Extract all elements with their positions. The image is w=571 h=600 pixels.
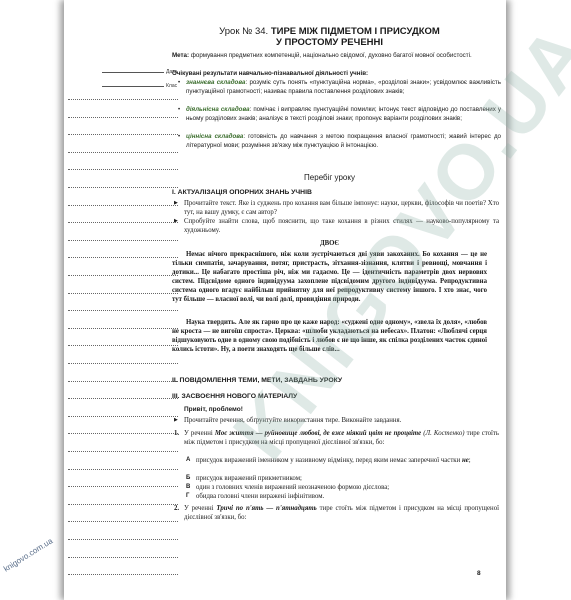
note-line[interactable]	[68, 134, 178, 135]
note-line[interactable]	[68, 328, 178, 329]
note-line[interactable]	[68, 169, 178, 170]
bullet-icon: •	[178, 106, 180, 115]
notes-margin: Дата Клас	[66, 0, 178, 600]
note-line[interactable]	[68, 187, 178, 188]
triangle-bullet-icon: ▶	[174, 199, 178, 208]
bullet-icon: •	[178, 79, 180, 88]
section1-task-2: ▶ Спробуйте знайти слова, щоб пояснити, …	[172, 217, 499, 235]
class-line	[102, 86, 164, 87]
text-title: ДВОЄ	[172, 239, 487, 248]
question-2: 2. У реченні Тричі по п'ять — п'ятнадцят…	[172, 504, 499, 522]
question-1: 1. У реченні Моє життя — руйновище любов…	[172, 429, 499, 447]
triangle-bullet-icon: ▶	[174, 416, 178, 425]
section3-subheading: Привіт, проблемо!	[172, 406, 499, 415]
section3-intro: ▶ Прочитайте речення, обґрунтуйте викори…	[172, 416, 499, 425]
note-line[interactable]	[68, 398, 178, 399]
note-line[interactable]	[68, 433, 178, 434]
text-paragraph-1: Немає нічого прекраснішого, ніж коли зус…	[172, 250, 487, 304]
triangle-bullet-icon: ▶	[174, 217, 178, 226]
section3-heading: III. ЗАСВОЄННЯ НОВОГО МАТЕРІАЛУ	[172, 392, 487, 401]
note-line[interactable]	[68, 363, 178, 364]
note-line[interactable]	[68, 504, 178, 505]
note-line[interactable]	[68, 539, 178, 540]
note-line[interactable]	[68, 557, 178, 558]
note-line[interactable]	[68, 205, 178, 206]
q1-option-c[interactable]: В один з головних членів виражений неозн…	[172, 483, 511, 492]
note-line[interactable]	[68, 521, 178, 522]
note-line[interactable]	[68, 99, 178, 100]
note-line[interactable]	[68, 469, 178, 470]
note-line[interactable]	[68, 345, 178, 346]
note-line[interactable]	[68, 381, 178, 382]
page-number: 8	[477, 570, 481, 579]
goal: Мета: формування предметних компетенцій,…	[172, 52, 513, 61]
lesson-number: Урок № 34.	[219, 26, 268, 37]
expected-item-activity: • діяльнісна складова: помічає і виправл…	[172, 106, 501, 124]
section2-heading: II. ПОВІДОМЛЕННЯ ТЕМИ, МЕТИ, ЗАВДАНЬ УРО…	[172, 376, 487, 385]
text-paragraph-2: Наука твердить. Але як гарно про це каже…	[172, 318, 487, 354]
note-line[interactable]	[68, 240, 178, 241]
note-line[interactable]	[68, 451, 178, 452]
date-line	[102, 72, 164, 73]
expected-item-values: • ціннісна складова: готовність до навча…	[172, 133, 501, 151]
note-line[interactable]	[68, 117, 178, 118]
section1-task-1: ▶ Прочитайте текст. Яке із суджень про к…	[172, 199, 499, 217]
note-line[interactable]	[68, 416, 178, 417]
note-line[interactable]	[68, 275, 178, 276]
note-line[interactable]	[68, 574, 178, 575]
site-watermark: knigovo.com.ua	[2, 536, 54, 573]
expected-heading: Очікувані результати навчально-пізнаваль…	[172, 70, 487, 79]
lesson-flow-heading: Перебіг уроку	[172, 173, 487, 183]
q1-option-a[interactable]: А присудок виражений іменником у називно…	[172, 456, 511, 465]
note-line[interactable]	[68, 486, 178, 487]
expected-item-knowledge: • знаннєва складова: розуміє суть понять…	[172, 79, 501, 97]
note-line[interactable]	[68, 222, 178, 223]
section1-heading: I. АКТУАЛІЗАЦІЯ ОПОРНИХ ЗНАНЬ УЧНІВ	[172, 188, 487, 197]
lesson-title-line1: ТИРЕ МІЖ ПІДМЕТОМ І ПРИСУДКОМ	[271, 26, 440, 37]
lesson-title: Урок № 34. ТИРЕ МІЖ ПІДМЕТОМ І ПРИСУДКОМ…	[172, 26, 487, 48]
q1-option-b[interactable]: Б присудок виражений прикметником;	[172, 474, 511, 483]
note-line[interactable]	[68, 310, 178, 311]
note-line[interactable]	[68, 293, 178, 294]
bullet-icon: •	[178, 133, 180, 142]
note-line[interactable]	[68, 257, 178, 258]
q1-option-d[interactable]: Г обидва головні члени виражені інфініти…	[172, 492, 511, 501]
lesson-title-line2: У ПРОСТОМУ РЕЧЕННІ	[276, 37, 383, 48]
note-line[interactable]	[68, 152, 178, 153]
